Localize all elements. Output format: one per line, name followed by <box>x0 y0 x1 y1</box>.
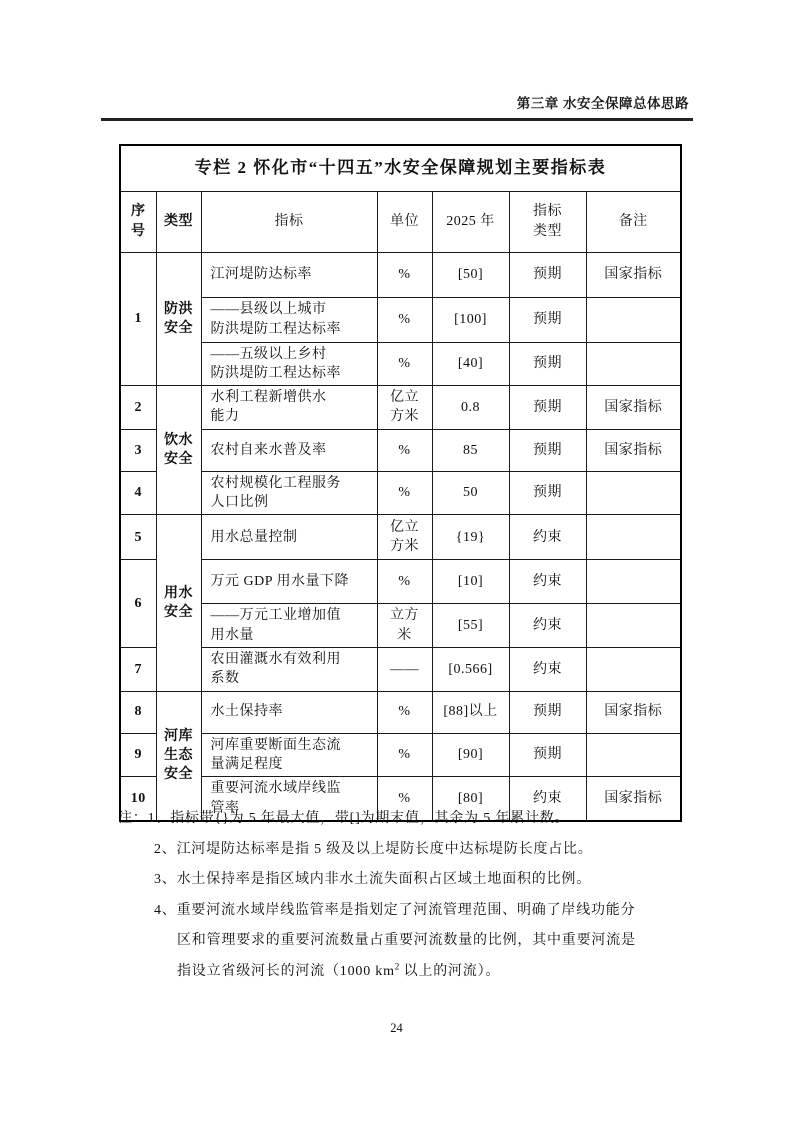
cell-type: 河库 生态 安全 <box>156 691 201 821</box>
cell-seq: 6 <box>120 560 156 648</box>
cell-unit: 立方 米 <box>377 604 432 648</box>
cell-seq: 8 <box>120 691 156 733</box>
cell-indicator: 江河堤防达标率 <box>201 252 377 297</box>
col-header-indicator: 指标 <box>201 191 377 252</box>
col-header-indicator-type: 指标 类型 <box>509 191 586 252</box>
cell-indicator-type: 预期 <box>509 386 586 430</box>
col-header-type: 类型 <box>156 191 201 252</box>
cell-2025-value: {19} <box>432 515 509 560</box>
cell-remark: 国家指标 <box>586 429 681 471</box>
table-notes: 注：1、指标带{}为 5 年最大值，带[]为期末值，其余为 5 年累计数。 2、… <box>118 804 684 987</box>
cell-indicator: 农村规模化工程服务 人口比例 <box>201 471 377 515</box>
document-page: 第三章 水安全保障总体思路 专栏 2 怀化市“十四五”水安全保障规划主要指标表 … <box>0 0 793 1122</box>
cell-seq: 9 <box>120 733 156 777</box>
cell-indicator: 万元 GDP 用水量下降 <box>201 560 377 604</box>
cell-remark: 国家指标 <box>586 691 681 733</box>
table-header-row: 序 号 类型 指标 单位 2025 年 指标 类型 备注 <box>120 191 681 252</box>
cell-type: 饮水 安全 <box>156 386 201 515</box>
cell-unit: % <box>377 471 432 515</box>
cell-unit: % <box>377 691 432 733</box>
cell-indicator-type: 约束 <box>509 560 586 604</box>
cell-remark <box>586 733 681 777</box>
indicator-table: 专栏 2 怀化市“十四五”水安全保障规划主要指标表 序 号 类型 指标 单位 2… <box>119 144 682 822</box>
table-row: 9 河库重要断面生态流 量满足程度 % [90] 预期 <box>120 733 681 777</box>
note-4-line-2: 区和管理要求的重要河流数量占重要河流数量的比例，其中重要河流是 <box>118 926 684 957</box>
cell-indicator-type: 约束 <box>509 604 586 648</box>
cell-indicator: 农村自来水普及率 <box>201 429 377 471</box>
table-row: ——五级以上乡村 防洪堤防工程达标率 % [40] 预期 <box>120 342 681 386</box>
note-4-text-3-post: 以上的河流）。 <box>399 964 500 979</box>
cell-2025-value: [100] <box>432 297 509 342</box>
note-1-text: 注：1、指标带{}为 5 年最大值，带[]为期末值，其余为 5 年累计数。 <box>118 811 569 826</box>
cell-remark <box>586 560 681 604</box>
cell-indicator-type: 预期 <box>509 297 586 342</box>
table-title-row: 专栏 2 怀化市“十四五”水安全保障规划主要指标表 <box>120 145 681 191</box>
chapter-title: 第三章 水安全保障总体思路 <box>517 96 689 111</box>
note-4-text-2: 区和管理要求的重要河流数量占重要河流数量的比例，其中重要河流是 <box>177 933 636 948</box>
note-4-line-3: 指设立省级河长的河流（1000 km2 以上的河流）。 <box>118 957 684 988</box>
note-3-text: 3、水土保持率是指区域内非水土流失面积占区域土地面积的比例。 <box>154 872 591 887</box>
table-row: 7 农田灌溉水有效利用 系数 —— [0.566] 约束 <box>120 648 681 692</box>
table-row: 8 河库 生态 安全 水土保持率 % [88]以上 预期 国家指标 <box>120 691 681 733</box>
col-header-remark: 备注 <box>586 191 681 252</box>
table-row: 2 饮水 安全 水利工程新增供水 能力 亿立 方米 0.8 预期 国家指标 <box>120 386 681 430</box>
cell-indicator-type: 预期 <box>509 471 586 515</box>
header-rule <box>101 118 693 121</box>
cell-2025-value: [88]以上 <box>432 691 509 733</box>
cell-2025-value: [40] <box>432 342 509 386</box>
page-number: 24 <box>0 1021 793 1036</box>
cell-remark <box>586 604 681 648</box>
col-header-seq: 序 号 <box>120 191 156 252</box>
cell-unit: 亿立 方米 <box>377 386 432 430</box>
table-title: 专栏 2 怀化市“十四五”水安全保障规划主要指标表 <box>120 145 681 191</box>
cell-indicator: ——县级以上城市 防洪堤防工程达标率 <box>201 297 377 342</box>
cell-unit: % <box>377 297 432 342</box>
cell-indicator: 水土保持率 <box>201 691 377 733</box>
cell-indicator-type: 约束 <box>509 515 586 560</box>
cell-indicator-type: 预期 <box>509 733 586 777</box>
cell-type: 用水 安全 <box>156 515 201 691</box>
cell-indicator: 水利工程新增供水 能力 <box>201 386 377 430</box>
cell-remark <box>586 648 681 692</box>
cell-seq: 7 <box>120 648 156 692</box>
cell-unit: % <box>377 342 432 386</box>
cell-unit: 亿立 方米 <box>377 515 432 560</box>
note-4-text-1: 4、重要河流水域岸线监管率是指划定了河流管理范围、明确了岸线功能分 <box>154 903 635 918</box>
cell-unit: % <box>377 560 432 604</box>
cell-2025-value: 0.8 <box>432 386 509 430</box>
table-row: 6 万元 GDP 用水量下降 % [10] 约束 <box>120 560 681 604</box>
cell-indicator-type: 预期 <box>509 691 586 733</box>
cell-remark <box>586 471 681 515</box>
running-header: 第三章 水安全保障总体思路 <box>517 92 689 112</box>
cell-seq: 1 <box>120 252 156 386</box>
cell-unit: % <box>377 733 432 777</box>
cell-seq: 2 <box>120 386 156 430</box>
cell-indicator: 用水总量控制 <box>201 515 377 560</box>
cell-indicator: 河库重要断面生态流 量满足程度 <box>201 733 377 777</box>
cell-remark <box>586 297 681 342</box>
cell-indicator-type: 预期 <box>509 429 586 471</box>
cell-indicator: ——五级以上乡村 防洪堤防工程达标率 <box>201 342 377 386</box>
col-header-unit: 单位 <box>377 191 432 252</box>
cell-indicator: 农田灌溉水有效利用 系数 <box>201 648 377 692</box>
table-row: 5 用水 安全 用水总量控制 亿立 方米 {19} 约束 <box>120 515 681 560</box>
cell-seq: 3 <box>120 429 156 471</box>
cell-seq: 4 <box>120 471 156 515</box>
cell-type: 防洪 安全 <box>156 252 201 386</box>
cell-unit: % <box>377 429 432 471</box>
cell-2025-value: [0.566] <box>432 648 509 692</box>
cell-unit: % <box>377 252 432 297</box>
cell-indicator-type: 约束 <box>509 648 586 692</box>
col-header-2025: 2025 年 <box>432 191 509 252</box>
cell-seq: 5 <box>120 515 156 560</box>
cell-2025-value: 50 <box>432 471 509 515</box>
table-row: 3 农村自来水普及率 % 85 预期 国家指标 <box>120 429 681 471</box>
cell-unit: —— <box>377 648 432 692</box>
table-row: 1 防洪 安全 江河堤防达标率 % [50] 预期 国家指标 <box>120 252 681 297</box>
note-2-text: 2、江河堤防达标率是指 5 级及以上堤防长度中达标堤防长度占比。 <box>154 842 593 857</box>
cell-remark: 国家指标 <box>586 252 681 297</box>
note-1: 注：1、指标带{}为 5 年最大值，带[]为期末值，其余为 5 年累计数。 <box>118 804 684 835</box>
cell-remark <box>586 342 681 386</box>
cell-indicator-type: 预期 <box>509 342 586 386</box>
cell-2025-value: [55] <box>432 604 509 648</box>
cell-remark: 国家指标 <box>586 386 681 430</box>
note-4-line-1: 4、重要河流水域岸线监管率是指划定了河流管理范围、明确了岸线功能分 <box>118 896 684 927</box>
cell-2025-value: 85 <box>432 429 509 471</box>
cell-2025-value: [90] <box>432 733 509 777</box>
cell-2025-value: [50] <box>432 252 509 297</box>
table-row: ——万元工业增加值 用水量 立方 米 [55] 约束 <box>120 604 681 648</box>
note-2: 2、江河堤防达标率是指 5 级及以上堤防长度中达标堤防长度占比。 <box>118 835 684 866</box>
cell-indicator: ——万元工业增加值 用水量 <box>201 604 377 648</box>
note-4-text-3-pre: 指设立省级河长的河流（1000 km <box>177 964 395 979</box>
cell-remark <box>586 515 681 560</box>
note-3: 3、水土保持率是指区域内非水土流失面积占区域土地面积的比例。 <box>118 865 684 896</box>
cell-2025-value: [10] <box>432 560 509 604</box>
table-row: ——县级以上城市 防洪堤防工程达标率 % [100] 预期 <box>120 297 681 342</box>
cell-indicator-type: 预期 <box>509 252 586 297</box>
table-row: 4 农村规模化工程服务 人口比例 % 50 预期 <box>120 471 681 515</box>
